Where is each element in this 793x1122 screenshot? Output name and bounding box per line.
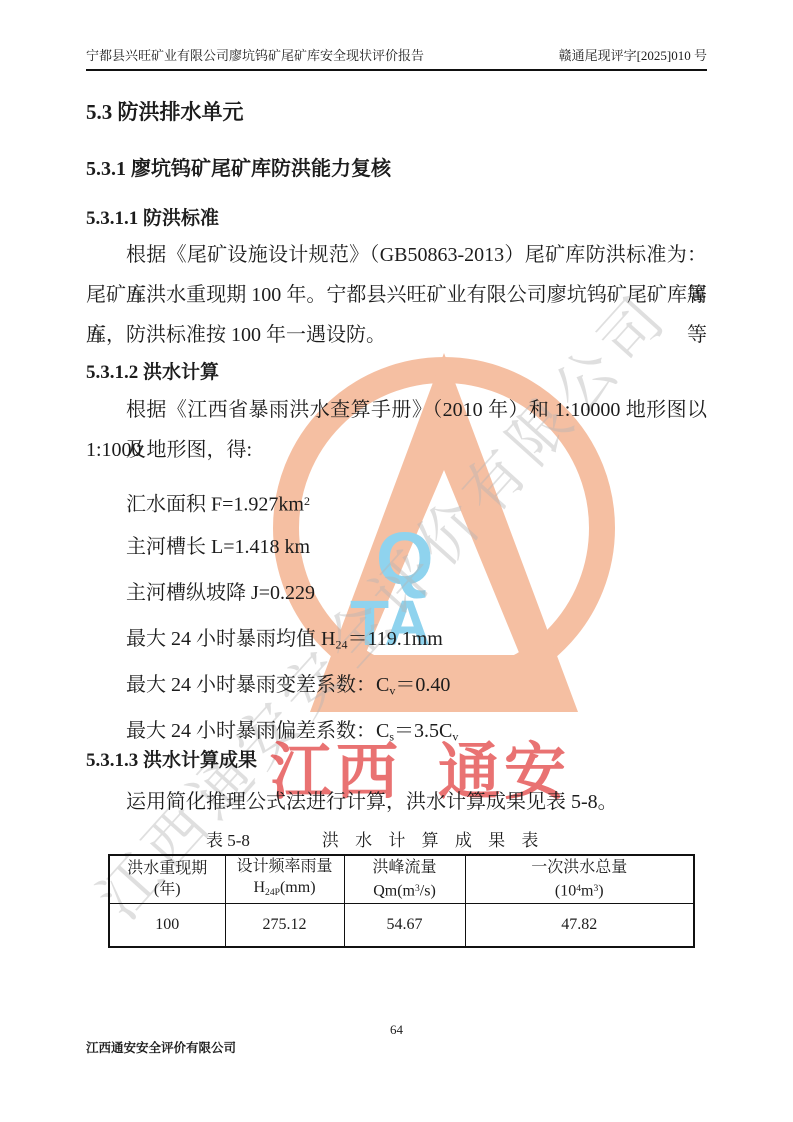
heading-5-3-1-3: 5.3.1.3 洪水计算成果 bbox=[86, 745, 707, 772]
formula-sub: v bbox=[452, 730, 458, 744]
heading-5-3-1-2: 5.3.1.2 洪水计算 bbox=[86, 357, 707, 384]
paragraph-results: 运用简化推理公式法进行计算，洪水计算成果见表 5-8。 bbox=[86, 782, 707, 822]
cell-return-period: 100 bbox=[109, 903, 225, 947]
formula-text: 最大 24 小时暴雨变差系数：C bbox=[126, 674, 389, 696]
cell-design-rainfall: 275.12 bbox=[225, 903, 344, 947]
header-unit: H bbox=[253, 879, 265, 896]
header-divider bbox=[86, 69, 707, 71]
header-design-rainfall: 设计频率雨量H24P(mm) bbox=[225, 855, 344, 903]
header-text: 设计频率雨量 bbox=[236, 858, 332, 875]
cell-peak-flow: 54.67 bbox=[344, 903, 465, 947]
header-sub: 24P bbox=[265, 887, 280, 898]
formula-text: 汇水面积 F=1.927km bbox=[126, 493, 304, 515]
table-header-row: 洪水重现期(年) 设计频率雨量H24P(mm) 洪峰流量Qm(m3/s) 一次洪… bbox=[109, 855, 694, 903]
header-text: 洪水重现期 bbox=[127, 860, 207, 877]
header-unit: ) bbox=[598, 883, 603, 900]
formula-sup: 2 bbox=[304, 494, 310, 508]
formula-channel-length: 主河槽长 L=1.418 km bbox=[86, 524, 707, 570]
table-number: 表 5-8 bbox=[206, 826, 250, 852]
paragraph-line: 根据《江西省暴雨洪水查算手册》（2010 年）和 1:10000 地形图以及 bbox=[86, 390, 707, 430]
paragraph-line: 1:1000 地形图，得: bbox=[86, 430, 707, 470]
header-text: 洪峰流量 bbox=[372, 859, 436, 876]
cell-total-volume: 47.82 bbox=[465, 903, 694, 947]
paragraph-flood-calc: 根据《江西省暴雨洪水查算手册》（2010 年）和 1:10000 地形图以及 1… bbox=[86, 390, 707, 470]
heading-5-3-1: 5.3.1 廖坑钨矿尾矿库防洪能力复核 bbox=[86, 152, 707, 181]
paragraph-line: 尾矿库洪水重现期 100 年。宁都县兴旺矿业有限公司廖坑钨矿尾矿库属五等 bbox=[86, 275, 707, 315]
formula-text: ＝3.5C bbox=[394, 720, 452, 742]
formula-catchment-area: 汇水面积 F=1.927km2 bbox=[86, 478, 707, 524]
formula-text: 最大 24 小时暴雨均值 H bbox=[126, 628, 335, 650]
formula-list: 汇水面积 F=1.927km2 主河槽长 L=1.418 km 主河槽纵坡降 J… bbox=[86, 478, 707, 754]
header-return-period: 洪水重现期(年) bbox=[109, 855, 225, 903]
header-unit: (10 bbox=[555, 883, 576, 900]
table-data-row: 100 275.12 54.67 47.82 bbox=[109, 903, 694, 947]
formula-cv: 最大 24 小时暴雨变差系数：Cv＝0.40 bbox=[86, 662, 707, 708]
header-unit: m bbox=[581, 883, 593, 900]
header-total-volume: 一次洪水总量(104m3) bbox=[465, 855, 694, 903]
header-text: 一次洪水总量 bbox=[531, 859, 627, 876]
paragraph-flood-standard: 根据《尾矿设施设计规范》（GB50863-2013）尾矿库防洪标准为：五等 尾矿… bbox=[86, 235, 707, 355]
flood-results-table: 洪水重现期(年) 设计频率雨量H24P(mm) 洪峰流量Qm(m3/s) 一次洪… bbox=[108, 854, 695, 948]
formula-channel-slope: 主河槽纵坡降 J=0.229 bbox=[86, 570, 707, 616]
heading-5-3: 5.3 防洪排水单元 bbox=[86, 96, 707, 126]
table-caption: 表 5-8 洪 水 计 算 成 果 表 bbox=[108, 826, 693, 852]
formula-text: ＝0.40 bbox=[395, 674, 450, 696]
page-number: 64 bbox=[86, 1022, 707, 1038]
formula-sub: 24 bbox=[335, 638, 347, 652]
formula-text: ＝119.1mm bbox=[347, 628, 442, 650]
header-unit: /s) bbox=[420, 883, 436, 900]
formula-rain-mean: 最大 24 小时暴雨均值 H24＝119.1mm bbox=[86, 616, 707, 662]
table-title: 洪 水 计 算 成 果 表 bbox=[322, 826, 545, 852]
formula-text: 最大 24 小时暴雨偏差系数：C bbox=[126, 720, 389, 742]
header-peak-flow: 洪峰流量Qm(m3/s) bbox=[344, 855, 465, 903]
footer-company: 江西通安安全评价有限公司 bbox=[86, 1038, 236, 1056]
heading-5-3-1-1: 5.3.1.1 防洪标准 bbox=[86, 203, 707, 230]
header-unit: (年) bbox=[154, 881, 181, 898]
header-unit: (mm) bbox=[280, 879, 316, 896]
header-report-title: 宁都县兴旺矿业有限公司廖坑钨矿尾矿库安全现状评价报告 bbox=[86, 45, 424, 65]
page-header: 宁都县兴旺矿业有限公司廖坑钨矿尾矿库安全现状评价报告 赣通尾现评字[2025]0… bbox=[86, 45, 707, 65]
paragraph-line: 根据《尾矿设施设计规范》（GB50863-2013）尾矿库防洪标准为：五等 bbox=[86, 235, 707, 275]
document-page: Q TA 江西通安安全评价有限公司 江西通安 宁都县兴旺矿业有限公司廖坑钨矿尾矿… bbox=[0, 0, 793, 1122]
header-doc-number: 赣通尾现评字[2025]010 号 bbox=[559, 45, 707, 65]
paragraph-line: 运用简化推理公式法进行计算，洪水计算成果见表 5-8。 bbox=[86, 782, 707, 822]
header-unit: Qm(m bbox=[373, 883, 415, 900]
